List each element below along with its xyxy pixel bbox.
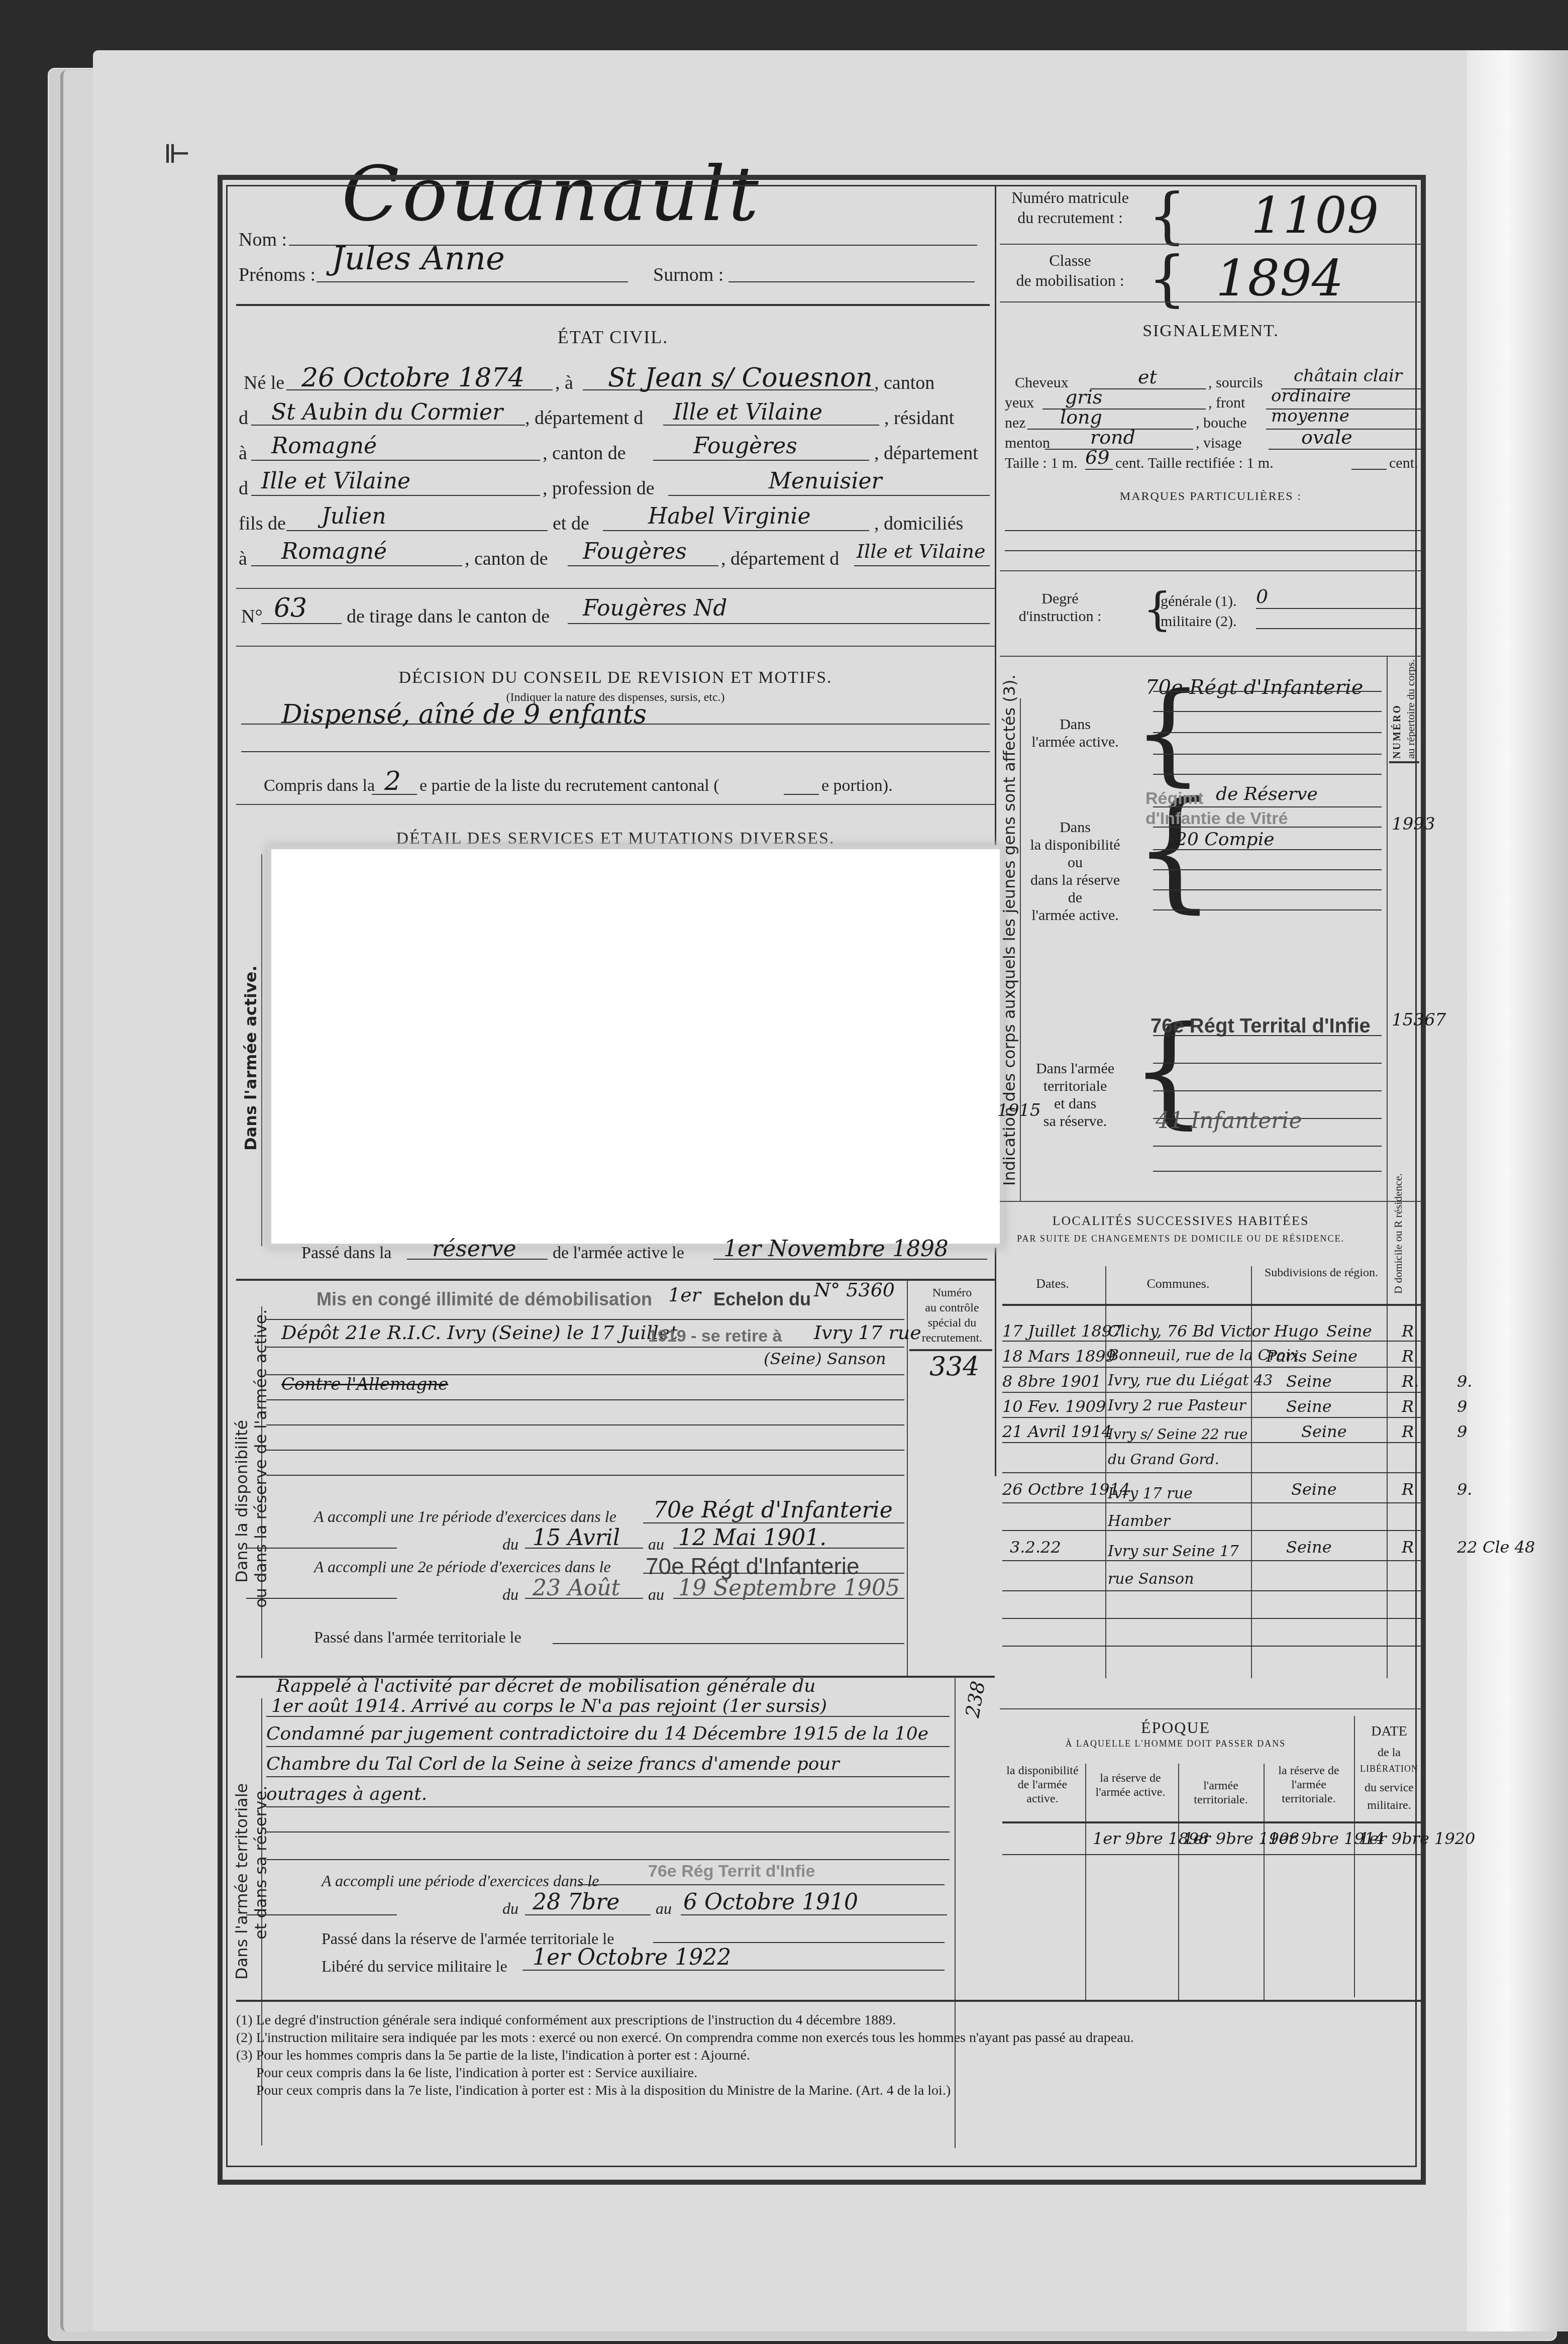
column-divider — [1387, 1201, 1388, 1678]
field-line — [266, 1424, 904, 1425]
field-line — [266, 1776, 950, 1777]
reserve-numero: 1993 — [1392, 814, 1435, 834]
page-gutter — [1467, 50, 1568, 2331]
periode1-du-label: du — [502, 1535, 518, 1554]
numero-repertoire-label-2: au répertoire du corps. — [1404, 659, 1417, 759]
liberation-label-2: de la — [1356, 1746, 1422, 1760]
generale-value: 0 — [1256, 585, 1268, 607]
footnote-5: Pour ceux compris dans la 7e liste, l'in… — [256, 2083, 951, 2099]
profession-value: Menuisier — [769, 468, 882, 494]
reserve-label-3: ou — [1025, 854, 1125, 871]
menton-label: menton — [1005, 435, 1050, 452]
column-divider — [995, 185, 996, 1476]
row-commune: Ivry 17 rue Hamber — [1108, 1480, 1248, 1535]
field-line — [266, 1319, 904, 1320]
pencil-mark: ╧ — [152, 144, 187, 162]
field-line — [1153, 1146, 1382, 1147]
field-line — [1153, 1171, 1382, 1172]
controle-label-2: au contrôle — [912, 1301, 992, 1315]
periode1-au-label: au — [648, 1535, 664, 1554]
column-divider — [1178, 1764, 1179, 2000]
menton-value: rond — [1090, 426, 1135, 448]
divider — [1000, 570, 1422, 571]
territoriale-line-5: outrages à agent. — [266, 1784, 427, 1804]
field-line — [1153, 754, 1382, 755]
field-line — [1045, 449, 1193, 450]
row-date: 21 Avril 1914 — [1002, 1422, 1112, 1441]
visage-value: ovale — [1301, 426, 1352, 448]
classe-label-2: de mobilisation : — [1010, 271, 1130, 290]
front-label: , front — [1208, 394, 1245, 412]
header-divider — [1002, 1821, 1422, 1823]
row-line — [1002, 1618, 1422, 1619]
matricule-label-1: Numéro matricule — [1010, 188, 1130, 207]
residence-departement-value: Ille et Vilaine — [261, 468, 410, 494]
liberation-label-4: du service — [1356, 1781, 1422, 1795]
field-line — [1351, 469, 1387, 470]
divider — [236, 646, 995, 647]
ne-le-label: Né le — [244, 372, 284, 394]
column-divider — [955, 1676, 956, 2148]
sourcils-value: châtain clair — [1294, 366, 1402, 386]
reserve-label-6: l'armée active. — [1025, 907, 1125, 924]
field-line — [1153, 1035, 1382, 1036]
residence-canton-value: Fougères — [693, 433, 797, 459]
field-line — [266, 1806, 950, 1807]
side-bracket — [1020, 698, 1021, 1201]
field-line — [261, 623, 342, 624]
field-line — [653, 1942, 945, 1943]
field-line — [1153, 889, 1382, 890]
prenoms-label: Prénoms : — [239, 264, 316, 286]
liberation-value: 1er 9bre 1920 — [1359, 1829, 1475, 1848]
parents-prefix: à — [239, 548, 247, 570]
field-line — [553, 1643, 904, 1644]
field-line — [784, 794, 819, 795]
subdivisions-header: Subdivisions de région. — [1256, 1266, 1387, 1280]
divider — [236, 804, 995, 805]
cheveux-value: et — [1138, 366, 1157, 388]
divider — [1000, 301, 1422, 302]
passe-territoriale-label: Passé dans l'armée territoriale le — [314, 1628, 521, 1647]
degre-label-2: d'instruction : — [1005, 608, 1115, 625]
portion-suffix: e portion). — [821, 776, 893, 795]
row-dr: R — [1402, 1347, 1414, 1366]
row-date: 8 8bre 1901 — [1002, 1372, 1101, 1391]
epoque-col-reserve-territoriale: la réserve de l'armée territoriale. — [1266, 1764, 1351, 1806]
compris-suffix: e partie de la liste du recrutement cant… — [420, 776, 719, 795]
field-line — [266, 1746, 950, 1747]
territoriale-au-label: au — [656, 1899, 672, 1918]
footnote-2: (2) L'instruction militaire sera indiqué… — [236, 2030, 1134, 2046]
decision-title: DÉCISION DU CONSEIL DE REVISION ET MOTIF… — [236, 668, 995, 687]
row-commune: Clichy, 76 Bd Victor Hugo — [1108, 1321, 1318, 1341]
classe-label-1: Classe — [1010, 251, 1130, 270]
a-label: , à — [555, 372, 573, 394]
controle-label-3: spécial du — [912, 1316, 992, 1330]
field-line — [1256, 628, 1422, 629]
field-line — [266, 1347, 904, 1348]
birth-departement-value: Ille et Vilaine — [673, 399, 822, 425]
taille-label: Taille : 1 m. — [1005, 455, 1078, 472]
profession-label: , profession de — [543, 477, 655, 499]
territoriale-line-3: Condamné par jugement contradictoire du … — [266, 1723, 928, 1744]
field-line — [568, 565, 718, 566]
row-subdivision: Paris Seine — [1266, 1347, 1357, 1366]
nez-label: nez — [1005, 415, 1026, 432]
libere-value: 1er Octobre 1922 — [533, 1945, 731, 1970]
brace: { — [1148, 244, 1186, 314]
row-subdivision: Seine — [1286, 1372, 1332, 1391]
territoriale-numero: 15367 — [1392, 1010, 1446, 1030]
field-line — [1085, 469, 1113, 470]
row-date: 18 Mars 1899 — [1002, 1347, 1116, 1366]
row-line — [1002, 1590, 1422, 1591]
row-commune: Ivry, rue du Liégat 43 — [1108, 1372, 1273, 1389]
field-line — [251, 460, 540, 461]
column-divider — [1085, 1764, 1086, 2000]
periode1-au: 12 Mai 1901. — [678, 1525, 826, 1551]
periode2-du-label: du — [502, 1585, 518, 1604]
territoriale-line-4: Chambre du Tal Corl de la Seine à seize … — [266, 1754, 840, 1774]
row-subdivision: Seine — [1326, 1321, 1372, 1341]
epoque-col-territoriale: l'armée territoriale. — [1181, 1779, 1261, 1807]
periode2-du: 23 Août — [533, 1575, 620, 1601]
divider — [1000, 244, 1422, 245]
cheveux-label: Cheveux — [1015, 374, 1069, 391]
tirage-no-label: N° — [241, 605, 263, 628]
row-note: 9. — [1457, 1480, 1473, 1499]
parents-departement-label: , département d — [721, 548, 839, 570]
periode2-au: 19 Septembre 1905 — [678, 1575, 900, 1601]
residence-value: Romagné — [271, 433, 377, 459]
row-dr: R. — [1402, 1372, 1419, 1391]
birth-canton-value: St Aubin du Cormier — [271, 399, 503, 425]
tirage-no-value: 63 — [274, 593, 307, 623]
reserve-label-1: Dans — [1025, 819, 1125, 836]
nez-value: long — [1060, 406, 1102, 428]
domicilies-label: , domiciliés — [874, 513, 963, 535]
divider — [1000, 1708, 1422, 1709]
field-line — [1256, 608, 1422, 609]
nom-label: Nom : — [239, 229, 287, 251]
etat-civil-title: ÉTAT CIVIL. — [236, 327, 990, 348]
reserve-hand-1: de Réserve — [1216, 784, 1318, 804]
territoriale-du: 28 7bre — [533, 1889, 619, 1915]
row-line — [1002, 1560, 1422, 1561]
field-line — [1153, 806, 1382, 807]
generale-label: générale (1). — [1161, 593, 1237, 610]
row-line — [1002, 1854, 1422, 1855]
active-label-1: Dans — [1025, 716, 1125, 733]
field-line — [266, 1475, 904, 1476]
dates-header: Dates. — [1002, 1276, 1103, 1291]
depot-line: Dépôt 21e R.I.C. Ivry (Seine) le 17 Juil… — [281, 1321, 678, 1344]
side-label-armee-active: Dans l'armée active. — [241, 965, 260, 1151]
field-line — [251, 565, 462, 566]
passe-reserve-mid: de l'armée active le — [553, 1244, 684, 1263]
degre-label-1: Degré — [1005, 590, 1115, 607]
tirage-canton-value: Fougères Nd — [583, 595, 727, 621]
residence-departement-label: , département — [874, 442, 978, 464]
passe-reserve-date: 1er Novembre 1898 — [723, 1236, 949, 1262]
taille-rectifiee-label: cent. Taille rectifiée : 1 m. — [1115, 455, 1274, 472]
row-line — [1002, 1417, 1422, 1418]
periode1-unit: 70e Régt d'Infanterie — [653, 1497, 893, 1523]
row-line — [1002, 1530, 1422, 1531]
redacted-area — [271, 849, 1000, 1244]
reserve-hand-2: 20 Compie — [1176, 829, 1274, 850]
father-value: Julien — [322, 503, 386, 529]
reserve-label-2: la disponibilité — [1025, 837, 1125, 854]
side-bracket — [261, 854, 262, 1246]
bouche-value: moyenne — [1271, 406, 1349, 426]
retire-address: Ivry 17 rue — [814, 1321, 921, 1344]
field-line — [653, 460, 869, 461]
row-date: 17 Juillet 1897 — [1002, 1321, 1122, 1341]
reserve-stamp-2: d'Infantie de Vitré — [1145, 809, 1288, 829]
row-line — [1002, 1442, 1422, 1443]
row-commune: Ivry sur Seine 17 rue Sanson — [1108, 1538, 1253, 1593]
column-divider — [1387, 656, 1388, 1203]
field-line — [1153, 909, 1382, 910]
militaire-label: militaire (2). — [1161, 613, 1237, 630]
canton-label: , canton — [874, 372, 934, 394]
departement-label: , département d — [525, 407, 643, 429]
field-line — [1153, 691, 1382, 692]
birth-place-value: St Jean s/ Couesnon — [608, 363, 873, 393]
stamp-echelon: Echelon du — [713, 1289, 811, 1310]
dr-header: D domicile ou R résidence. — [1392, 1173, 1405, 1294]
row-note: 9. — [1457, 1372, 1473, 1391]
parents-canton-value: Fougères — [583, 539, 687, 564]
territoriale-periode-unit-stamp: 76e Rég Territ d'Infie — [648, 1862, 815, 1881]
contre-allemagne: Contre l'Allemagne — [281, 1374, 448, 1394]
side-margin-note: 1915 — [997, 1100, 1041, 1120]
field-line — [266, 1831, 950, 1832]
visage-label: , visage — [1196, 435, 1242, 452]
row-line — [1002, 1392, 1422, 1393]
libere-label: Libéré du service militaire le — [322, 1957, 507, 1976]
side-label-territoriale-1: Dans l'armée territoriale — [232, 1783, 251, 1980]
territoriale-du-label: du — [502, 1899, 518, 1918]
row-commune: Ivry s/ Seine 22 rue du Grand Gord. — [1108, 1422, 1269, 1472]
territoriale-corps-label-1: Dans l'armée — [1025, 1060, 1125, 1077]
parents-commune-value: Romagné — [281, 539, 387, 564]
field-line — [1005, 550, 1422, 551]
et-de-label: et de — [553, 513, 589, 535]
residant-label: , résidant — [884, 407, 954, 429]
row-subdivision: Seine — [1301, 1422, 1347, 1441]
decision-value: Dispensé, aîné de 9 enfants — [281, 699, 647, 730]
signalement-title: SIGNALEMENT. — [1000, 322, 1422, 341]
surnom-field-line — [728, 281, 975, 282]
territoriale-corps-stamp: 76e Régt Territal d'Infie — [1151, 1015, 1371, 1038]
field-line — [854, 565, 990, 566]
controle-value: 334 — [929, 1352, 979, 1382]
retire-address-2: (Seine) Sanson — [764, 1349, 886, 1368]
periode1-du: 15 Avril — [533, 1525, 620, 1551]
side-label-disponibilite-2: ou dans la réserve de l'armée active. — [251, 1309, 270, 1608]
active-corps-value: 70e Régt d'Infanterie — [1145, 676, 1363, 699]
row-subdivision: Seine — [1286, 1397, 1332, 1416]
reserve-stamp-1: Régimt — [1145, 789, 1203, 808]
yeux-value: gris — [1065, 386, 1102, 408]
field-line — [246, 1548, 397, 1549]
field-line — [241, 751, 990, 752]
field-line — [568, 623, 990, 624]
yeux-label: yeux — [1005, 394, 1034, 412]
side-label-territoriale-2: et dans sa réserve. — [251, 1786, 270, 1940]
field-line — [1153, 1063, 1382, 1064]
epoque-title: ÉPOQUE — [1002, 1718, 1349, 1737]
field-line — [578, 1884, 945, 1885]
field-line — [246, 1914, 397, 1915]
field-line — [286, 530, 548, 531]
passe-reserve-value: réserve — [432, 1236, 516, 1262]
mother-value: Habel Virginie — [648, 503, 811, 529]
column-divider — [1264, 1764, 1265, 2000]
row-line — [1002, 1367, 1422, 1368]
divider — [236, 304, 990, 306]
localites-subtitle: PAR SUITE DE CHANGEMENTS DE DOMICILE OU … — [1000, 1234, 1362, 1244]
reserve-label-5: de — [1025, 889, 1125, 906]
epoque-col-disponibilite: la disponibilité de l'armée active. — [1002, 1764, 1083, 1806]
controle-label-1: Numéro — [912, 1286, 992, 1300]
residence-departement-prefix: d — [239, 477, 248, 499]
echelon-number: N° 5360 — [814, 1279, 895, 1301]
row-note: 9 — [1457, 1397, 1467, 1416]
bouche-label: , bouche — [1196, 415, 1247, 432]
detail-services-title: DÉTAIL DES SERVICES ET MUTATIONS DIVERSE… — [236, 829, 995, 848]
field-line — [1269, 449, 1424, 450]
divider — [1000, 656, 1422, 657]
field-line — [1153, 711, 1382, 712]
active-label-2: l'armée active. — [1025, 734, 1125, 751]
field-line — [603, 530, 869, 531]
row-dr: R — [1402, 1422, 1414, 1441]
row-line — [1002, 1502, 1422, 1503]
brace: { — [1148, 181, 1186, 251]
liberation-label-1: DATE — [1356, 1723, 1422, 1740]
surnom-label: Surnom : — [653, 264, 723, 286]
parents-departement-value: Ille et Vilaine — [857, 540, 986, 562]
row-line — [1002, 1472, 1422, 1473]
territoriale-line-2: 1er août 1914. Arrivé au corps le N'a pa… — [271, 1696, 827, 1716]
birth-date-value: 26 Octobre 1874 — [301, 363, 525, 393]
field-line — [1153, 849, 1382, 850]
divider — [1389, 761, 1419, 763]
row-note: 9 — [1457, 1422, 1467, 1441]
row-commune: Ivry 2 rue Pasteur — [1108, 1397, 1246, 1414]
field-line — [1153, 732, 1382, 733]
communes-header: Communes. — [1110, 1276, 1246, 1291]
column-divider — [1354, 1716, 1355, 1997]
row-line — [1002, 1646, 1422, 1647]
row-subdivision: Seine — [1286, 1538, 1332, 1557]
prenoms-field-line — [317, 281, 628, 282]
marques-title: MARQUES PARTICULIÈRES : — [1000, 490, 1422, 503]
divider — [909, 1349, 992, 1351]
row-dr: R — [1402, 1321, 1414, 1341]
field-line — [246, 1598, 397, 1599]
epoque-col-reserve-active: la réserve de l'armée active. — [1088, 1771, 1173, 1799]
territoriale-line-1: Rappelé à l'activité par décret de mobil… — [276, 1676, 816, 1696]
matricule-value: 1109 — [1251, 186, 1379, 245]
canton-prefix: d — [239, 407, 248, 429]
passe-reserve-label: Passé dans la — [301, 1244, 391, 1263]
divider — [1000, 1201, 1422, 1202]
prenoms-value: Jules Anne — [332, 240, 505, 277]
sourcils-label: , sourcils — [1208, 374, 1263, 391]
territoriale-au: 6 Octobre 1910 — [683, 1889, 858, 1915]
matricule-label-2: du recrutement : — [1010, 209, 1130, 227]
periode2-au-label: au — [648, 1585, 664, 1604]
field-line — [251, 495, 540, 496]
reserve-label-4: dans la réserve — [1025, 872, 1125, 889]
compris-value: 2 — [384, 766, 401, 796]
field-line — [1153, 869, 1382, 870]
residence-canton-label: , canton de — [543, 442, 626, 464]
field-line — [1153, 827, 1382, 828]
footnote-4: Pour ceux compris dans la 6e liste, l'in… — [256, 2065, 697, 2081]
fils-label: fils de — [239, 513, 286, 535]
row-dr: R — [1402, 1480, 1414, 1499]
field-line — [266, 1399, 904, 1400]
field-line — [266, 1859, 950, 1860]
liberation-label-3: LIBÉRATION — [1356, 1764, 1422, 1774]
echelon-value: 1er — [668, 1284, 701, 1306]
front-value: ordinaire — [1271, 386, 1351, 406]
row-dr: R — [1402, 1538, 1414, 1557]
divider — [236, 2000, 1422, 2002]
compris-label: Compris dans la — [264, 776, 375, 795]
tirage-label: de tirage dans le canton de — [347, 605, 550, 628]
field-line — [1005, 530, 1422, 531]
classe-value: 1894 — [1216, 249, 1344, 308]
header-divider — [1002, 1304, 1422, 1306]
row-subdivision: Seine — [1291, 1480, 1337, 1499]
field-line — [1090, 388, 1206, 389]
taille-value: 69 — [1085, 446, 1109, 468]
side-label-disponibilite-1: Dans la disponibilité — [232, 1420, 251, 1583]
footnote-3: (3) Pour les hommes compris dans la 5e p… — [236, 2048, 750, 2064]
stamp-se-retire: 1919 - se retire à — [648, 1327, 782, 1346]
row-dr: R — [1402, 1397, 1414, 1416]
footnote-1: (1) Le degré d'instruction générale sera… — [236, 2012, 896, 2028]
territoriale-periode-label: A accompli une période d'exercices dans … — [322, 1872, 599, 1890]
field-line — [266, 1450, 904, 1451]
field-line — [668, 495, 990, 496]
periode2-label: A accompli une 2e période d'exercices da… — [314, 1558, 611, 1576]
residence-prefix: à — [239, 442, 247, 464]
row-note: 22 Cle 48 — [1457, 1538, 1535, 1557]
epoque-subtitle: À LAQUELLE L'HOMME DOIT PASSER DANS — [1002, 1739, 1349, 1749]
row-line — [1002, 1341, 1422, 1342]
divider — [236, 588, 995, 589]
periode1-label: A accompli une 1re période d'exercices d… — [314, 1507, 616, 1526]
row-date: 3.2.22 — [1010, 1538, 1061, 1557]
numero-repertoire-label-1: NUMÉRO — [1392, 704, 1403, 759]
territoriale-corps-label-2: territoriale — [1025, 1078, 1125, 1095]
localites-title: LOCALITÉS SUCCESSIVES HABITÉES — [1000, 1213, 1362, 1229]
territoriale-corps-hand: 41 Infanterie — [1156, 1108, 1302, 1134]
parents-canton-label: , canton de — [465, 548, 548, 570]
liberation-label-5: militaire. — [1356, 1799, 1422, 1812]
field-line — [1153, 1090, 1382, 1091]
row-date: 10 Fev. 1909 — [1002, 1397, 1106, 1416]
controle-label-4: recrutement. — [912, 1332, 992, 1345]
